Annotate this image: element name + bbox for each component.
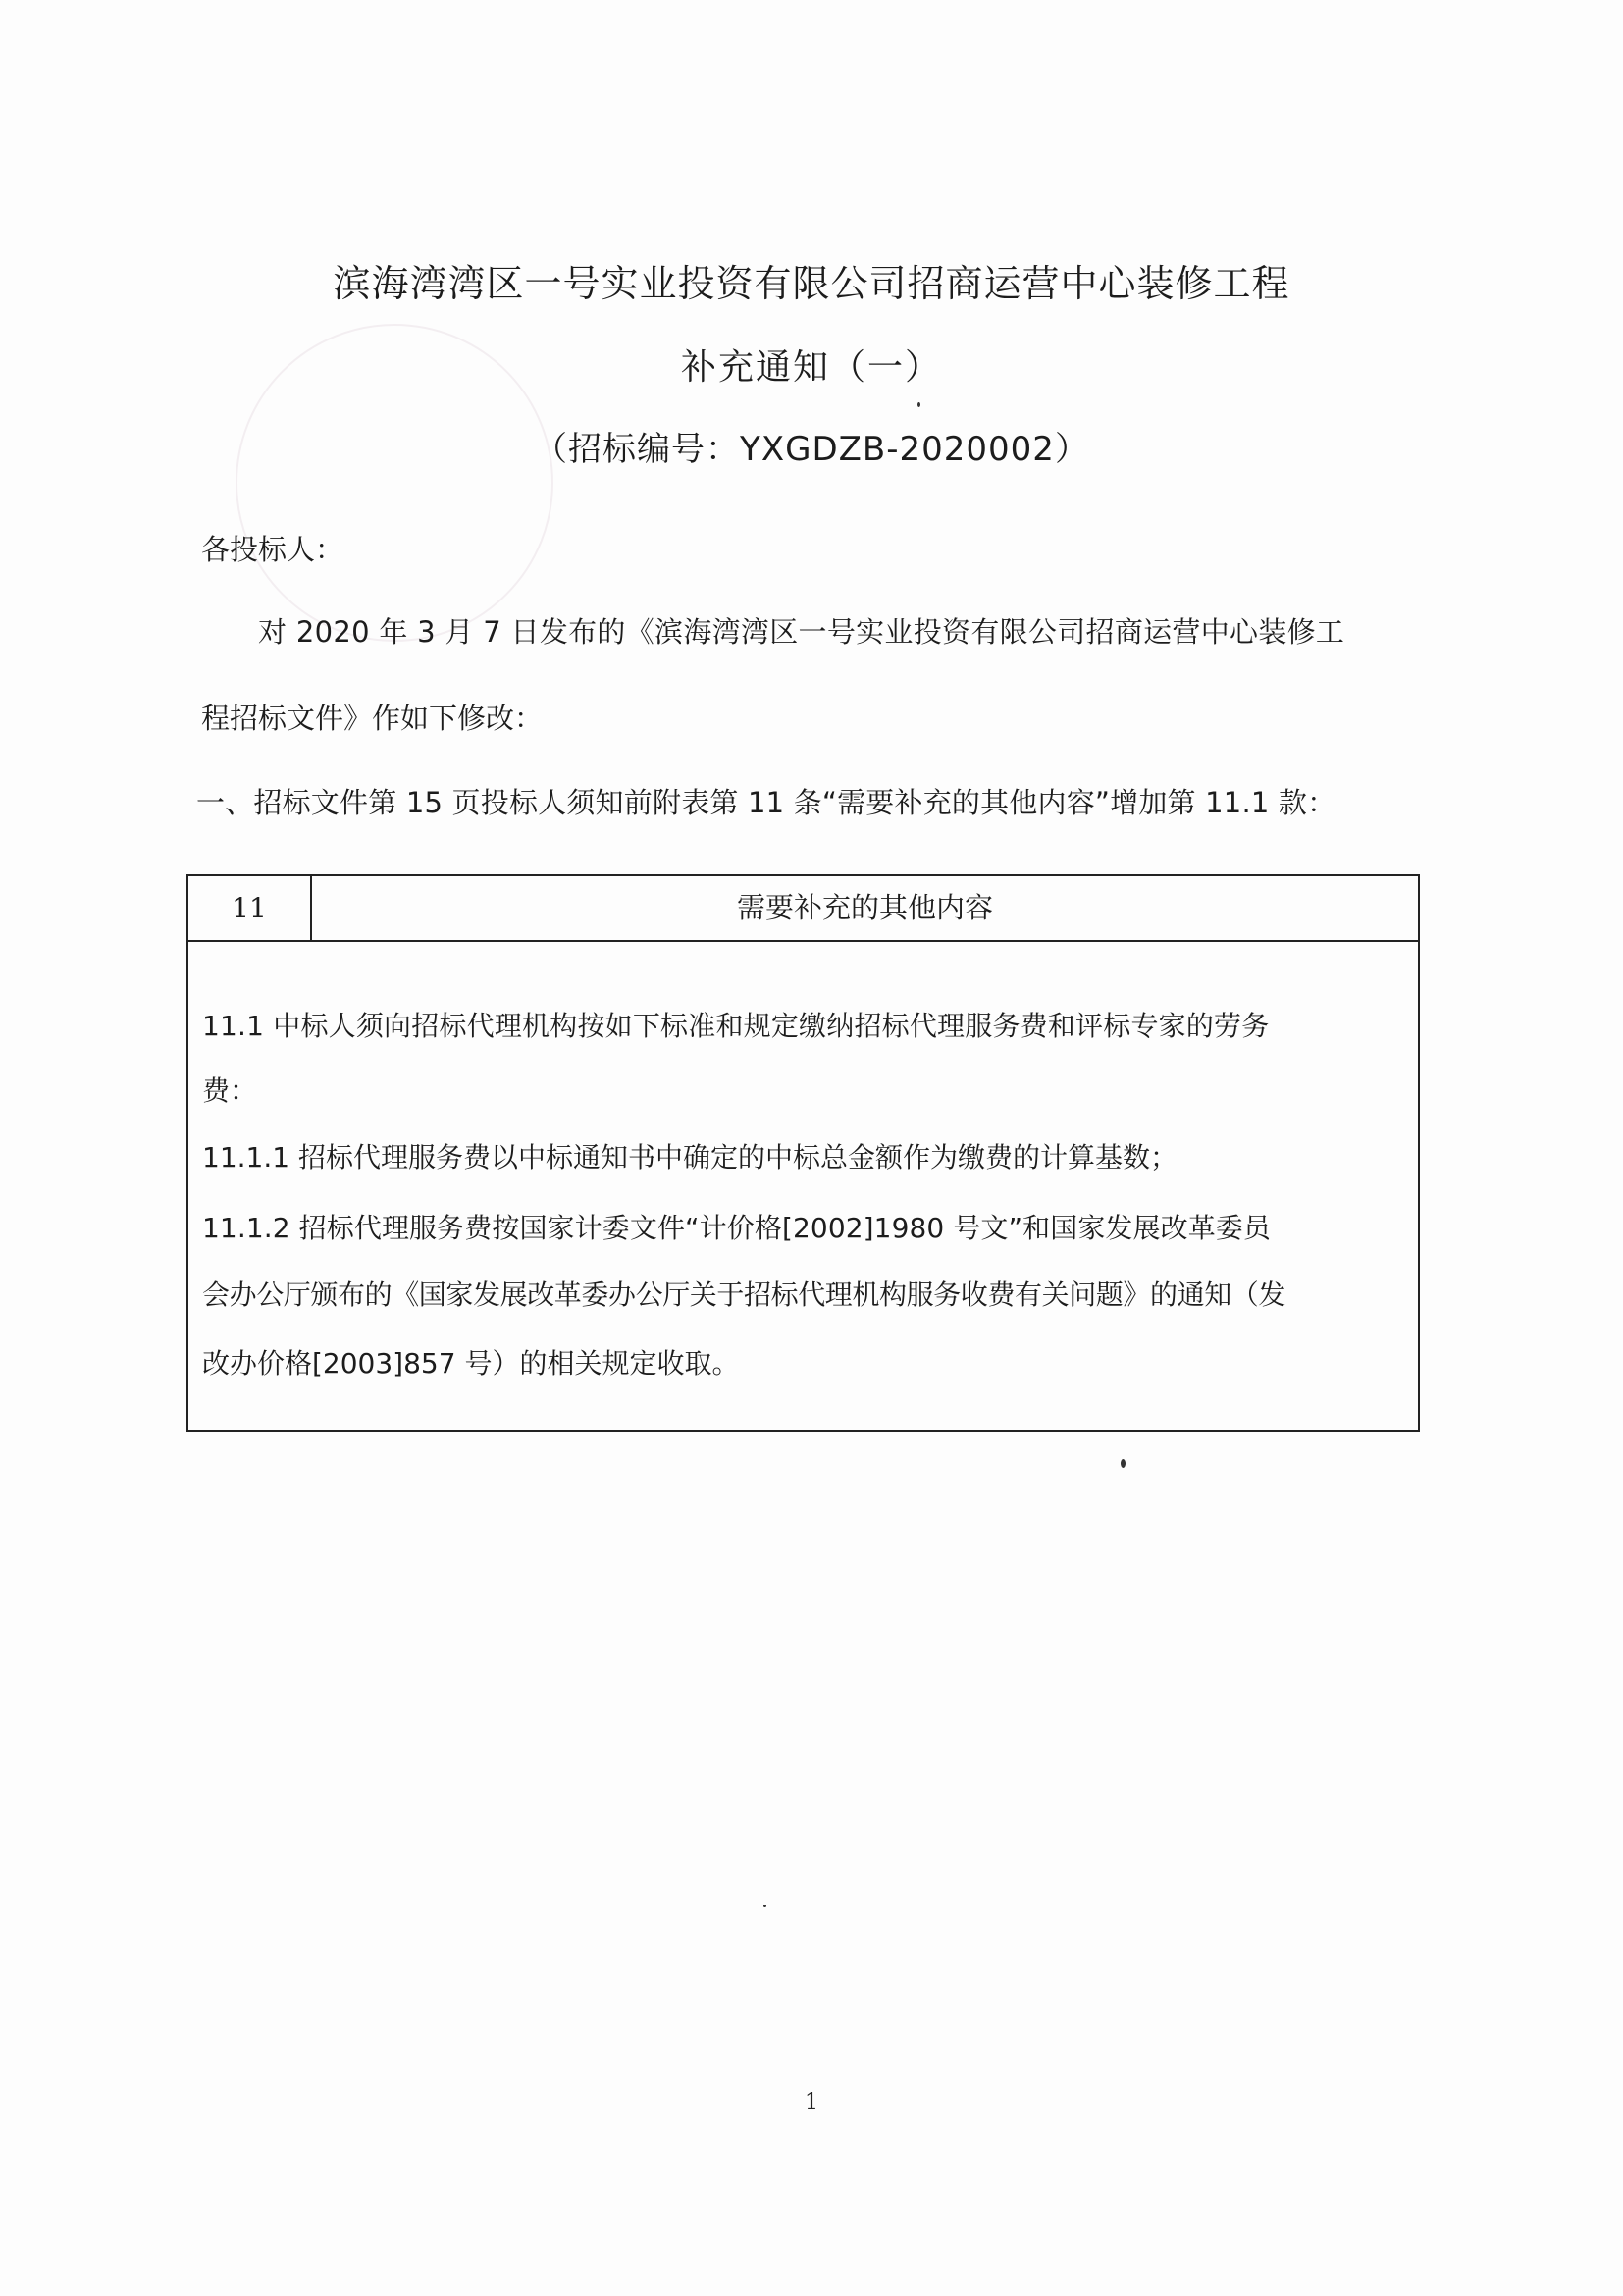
greeting: 各投标人： bbox=[201, 528, 343, 568]
table-text-line: 费： bbox=[202, 1070, 257, 1109]
page-number: 1 bbox=[0, 2090, 1623, 2114]
table-text-line: 11.1.1 招标代理服务费以中标通知书中确定的中标总金额作为缴费的计算基数； bbox=[202, 1136, 1178, 1175]
table-text-line: 改办价格[2003]857 号）的相关规定收取。 bbox=[202, 1342, 739, 1382]
amendment-item-1: 一、招标文件第 15 页投标人须知前附表第 11 条“需要补充的其他内容”增加第… bbox=[196, 781, 1335, 821]
table-text-line: 会办公厅颁布的《国家发展改革委办公厅关于招标代理机构服务收费有关问题》的通知（发 bbox=[202, 1274, 1285, 1313]
clause-number-cell: 11 bbox=[188, 876, 312, 940]
tender-number: （招标编号：YXGDZB-2020002） bbox=[0, 422, 1623, 470]
scan-speck bbox=[1121, 1459, 1126, 1468]
table-text-line: 11.1.2 招标代理服务费按国家计委文件“计价格[2002]1980 号文”和… bbox=[202, 1207, 1271, 1246]
amendment-table: 11 需要补充的其他内容 11.1 中标人须向招标代理机构按如下标准和规定缴纳招… bbox=[186, 874, 1420, 1432]
document-title: 滨海湾湾区一号实业投资有限公司招商运营中心装修工程 bbox=[0, 253, 1623, 307]
body-paragraph-line-2: 程招标文件》作如下修改： bbox=[201, 697, 543, 737]
table-text-line: 11.1 中标人须向招标代理机构按如下标准和规定缴纳招标代理服务费和评标专家的劳… bbox=[202, 1005, 1269, 1044]
scan-speck bbox=[763, 1905, 766, 1907]
body-paragraph-line-1: 对 2020 年 3 月 7 日发布的《滨海湾湾区一号实业投资有限公司招商运营中… bbox=[258, 610, 1344, 651]
clause-title-cell: 需要补充的其他内容 bbox=[312, 876, 1418, 940]
table-header-row: 11 需要补充的其他内容 bbox=[188, 876, 1418, 942]
document-page: 滨海湾湾区一号实业投资有限公司招商运营中心装修工程 补充通知（一） （招标编号：… bbox=[0, 0, 1623, 2296]
document-subtitle: 补充通知（一） bbox=[0, 339, 1623, 390]
scan-speck bbox=[917, 402, 920, 407]
